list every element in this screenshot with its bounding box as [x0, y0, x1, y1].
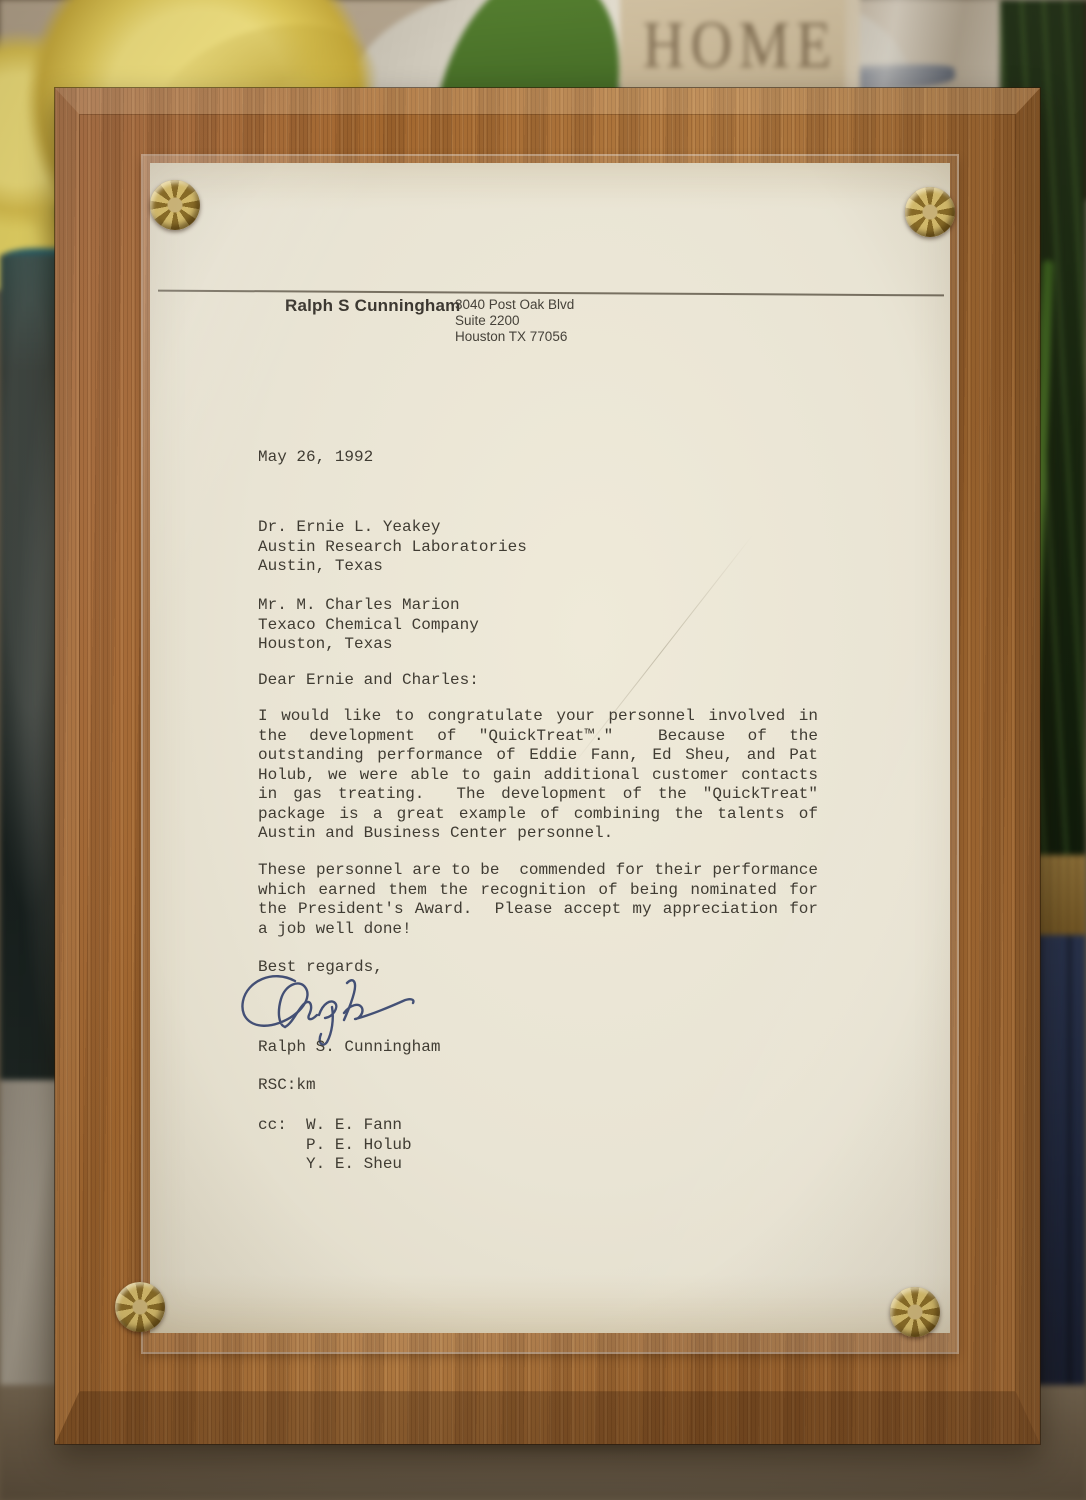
photo-scene: HOME Ralph S Cunningham 3040 Post Oak Bl… — [0, 0, 1086, 1500]
brass-rosette-screw-top-left — [150, 180, 200, 230]
recipient-block-2: Mr. M. Charles Marion Texaco Chemical Co… — [258, 596, 479, 655]
letter-paper: Ralph S Cunningham 3040 Post Oak Blvd Su… — [150, 163, 950, 1333]
letterhead-rule — [158, 290, 944, 297]
brass-rosette-screw-top-right — [905, 187, 955, 237]
signed-name: Ralph S. Cunningham — [258, 1038, 440, 1058]
letter-date: May 26, 1992 — [258, 448, 373, 468]
handwritten-signature — [235, 963, 425, 1048]
signature-ink — [235, 963, 425, 1048]
letterhead-name: Ralph S Cunningham — [285, 296, 460, 316]
body-paragraph-2: These personnel are to be commended for … — [258, 861, 818, 939]
brass-rosette-screw-bottom-right — [890, 1287, 940, 1337]
acrylic-cover: Ralph S Cunningham 3040 Post Oak Blvd Su… — [143, 156, 957, 1352]
wood-plaque: Ralph S Cunningham 3040 Post Oak Blvd Su… — [55, 88, 1040, 1444]
home-sign: HOME — [620, 0, 860, 97]
letterhead-address: 3040 Post Oak Blvd Suite 2200 Houston TX… — [455, 297, 574, 345]
cc-list: cc: W. E. Fann P. E. Holub Y. E. Sheu — [258, 1116, 412, 1175]
home-sign-text: HOME — [643, 6, 838, 83]
salutation: Dear Ernie and Charles: — [258, 671, 479, 691]
body-paragraph-1: I would like to congratulate your person… — [258, 707, 818, 844]
recipient-block-1: Dr. Ernie L. Yeakey Austin Research Labo… — [258, 518, 527, 577]
brass-rosette-screw-bottom-left — [115, 1282, 165, 1332]
reference-initials: RSC:km — [258, 1076, 316, 1096]
